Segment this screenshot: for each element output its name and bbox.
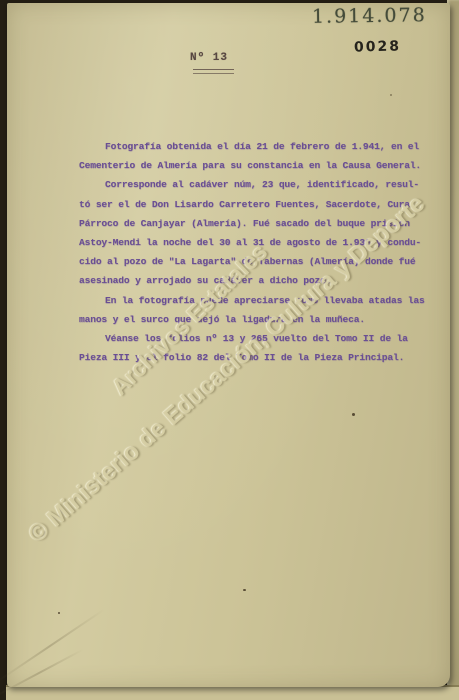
document-number-underline [193,69,234,74]
document-number: Nº 13 [190,52,228,64]
folio-number-stamp: 0028 [354,38,401,55]
text-line: Párroco de Canjayar (Almería). Fué sacad… [79,214,429,233]
text-line: Véanse los folios nº 13 y 265 vuelto del… [79,329,429,348]
typewritten-text: Fotografía obtenida el día 21 de febrero… [79,137,429,367]
registry-number-stamp: 1.914.078 [312,4,427,28]
text-line: En la fotografía puede apreciarse cómo l… [79,291,429,310]
dust-speck [390,94,392,96]
text-line: Corresponde al cadáver núm, 23 que, iden… [79,175,429,194]
dust-speck [243,589,246,591]
text-line: Fotografía obtenida el día 21 de febrero… [79,137,429,156]
paper-crease [0,609,104,683]
text-line: asesinado y arrojado su cadáver a dicho … [79,271,429,290]
text-line: cido al pozo de "La Lagarta" de Tabernas… [79,252,429,271]
dust-speck [352,413,355,416]
text-line: Cementerio de Almería para su constancia… [79,156,429,175]
text-line: Astoy-Mendi la noche del 30 al 31 de ago… [79,233,429,252]
dust-speck [58,612,60,614]
paper-sheet: 1.914.078 0028 Nº 13 Fotografía obtenida… [7,3,450,687]
page-stack-edge-bottom [6,685,459,700]
scanned-document: 1.914.078 0028 Nº 13 Fotografía obtenida… [0,0,459,700]
text-line: tó ser el de Don Lisardo Carretero Fuent… [79,195,429,214]
text-line: manos y el surco que dejó la ligadura en… [79,310,429,329]
text-line: Pieza III y el folio 82 del Tomo II de l… [79,348,429,367]
